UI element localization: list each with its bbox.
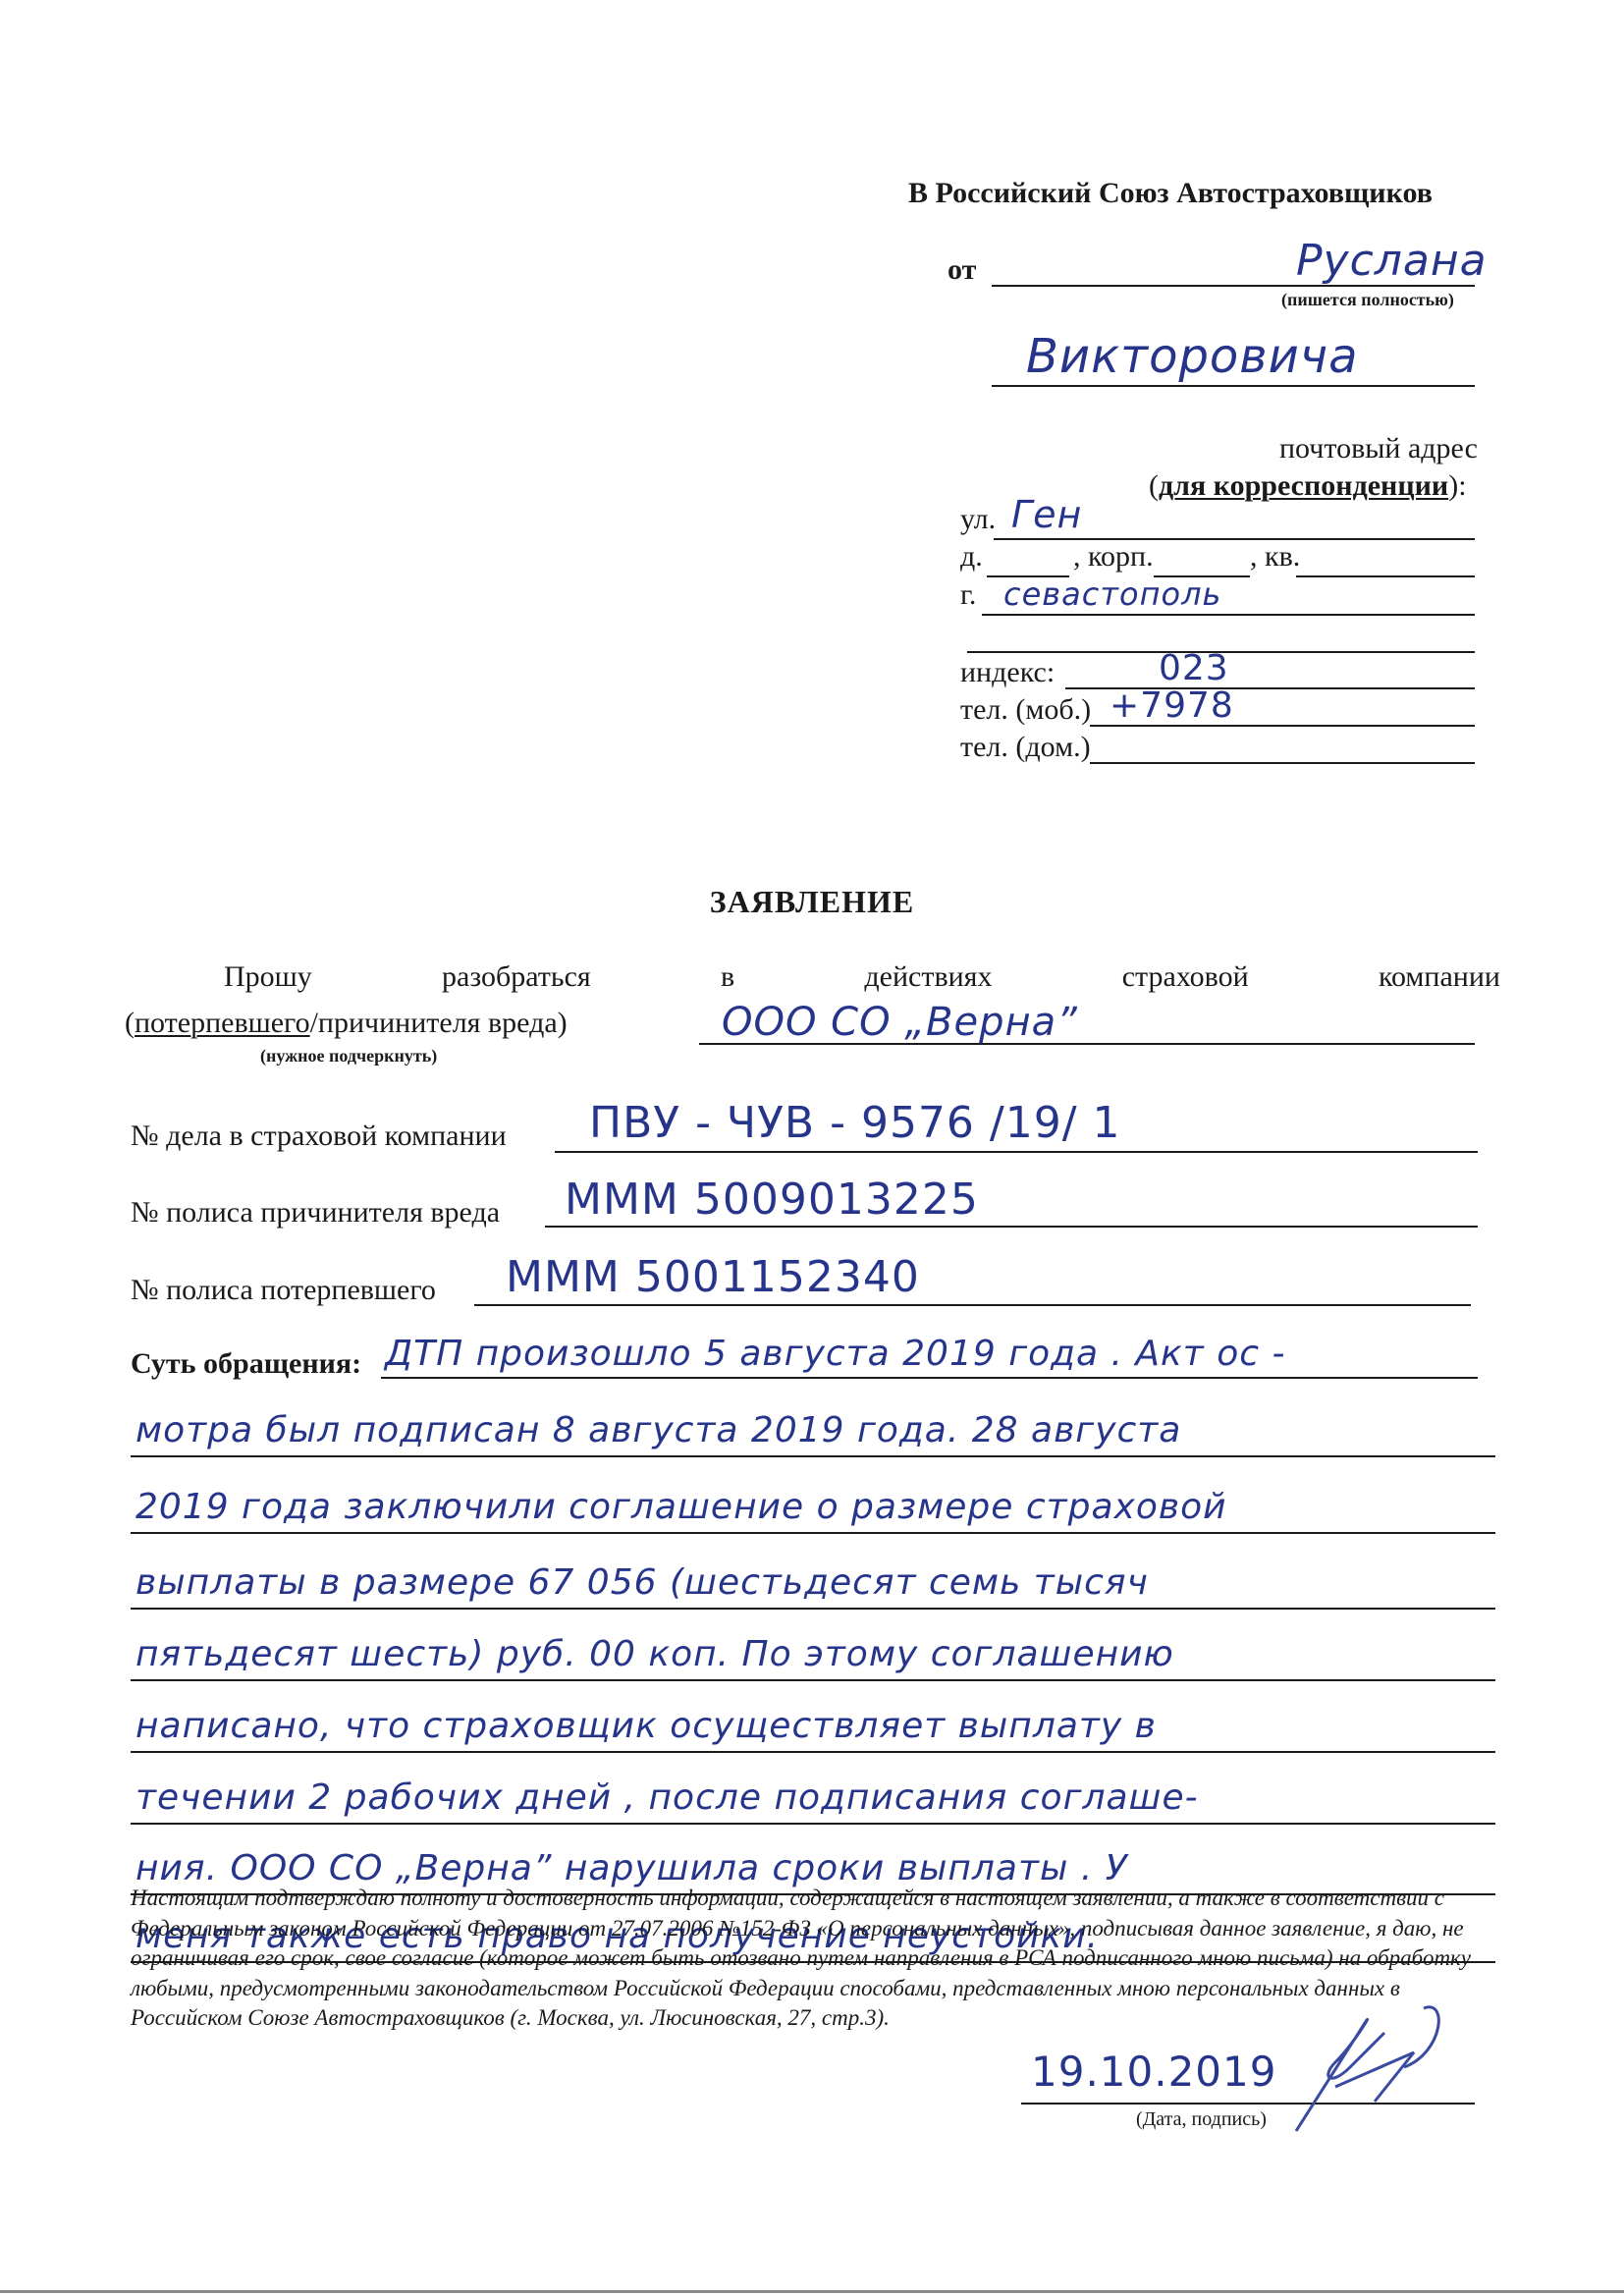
essence-label: Суть обращения:	[131, 1347, 361, 1381]
scan-edge	[0, 2290, 1624, 2293]
victim-option-underlined[interactable]: потерпевшего	[135, 1007, 310, 1039]
offender-policy-line	[545, 1226, 1478, 1228]
index-label: индекс:	[960, 656, 1055, 689]
signature-mark[interactable]	[1276, 1994, 1453, 2141]
from-name-value-2[interactable]: Викторовича	[1026, 329, 1359, 384]
request-sentence: Прошу разобраться в действиях страховой …	[131, 960, 1500, 994]
street-label: ул.	[960, 503, 996, 536]
corp-label: , корп.	[1073, 540, 1154, 574]
essence-line-7	[131, 1823, 1495, 1825]
mobile-phone-label: тел. (моб.)	[960, 693, 1091, 727]
from-name-value-1[interactable]: Руслана	[1296, 236, 1488, 286]
essence-text-line-2[interactable]: мотра был подписан 8 августа 2019 года. …	[135, 1410, 1181, 1450]
postal-address-label: почтовый адрес	[1279, 432, 1478, 465]
essence-text-line-7[interactable]: течении 2 рабочих дней , после подписани…	[135, 1777, 1199, 1818]
essence-text-line-5[interactable]: пятьдесят шесть) руб. 00 коп. По этому с…	[135, 1634, 1174, 1674]
home-phone-label: тел. (дом.)	[960, 731, 1091, 764]
city-line	[982, 614, 1475, 616]
mobile-phone-value[interactable]: +7978	[1110, 685, 1234, 726]
postal-correspondence-label: (для корреспонденции):	[1149, 469, 1467, 503]
case-number-label: № дела в страховой компании	[131, 1120, 507, 1153]
underline-hint: (нужное подчеркнуть)	[260, 1046, 437, 1066]
essence-line-4	[131, 1608, 1495, 1610]
date-value[interactable]: 19.10.2019	[1031, 2048, 1276, 2096]
addressee: В Российский Союз Автостраховщиков	[908, 177, 1433, 210]
city-value[interactable]: севастополь	[1003, 575, 1221, 613]
case-number-line	[555, 1151, 1478, 1153]
essence-text-line-6[interactable]: написано, что страховщик осуществляет вы…	[135, 1706, 1157, 1746]
essence-text-line-3[interactable]: 2019 года заключили соглашение о размере…	[135, 1487, 1227, 1527]
house-label: д.	[960, 540, 983, 574]
party-choice: (потерпевшего/причинителя вреда)	[125, 1007, 568, 1040]
victim-policy-label: № полиса потерпевшего	[131, 1274, 436, 1307]
essence-text-line-4[interactable]: выплаты в размере 67 056 (шестьдесят сем…	[135, 1562, 1149, 1603]
offender-policy-value[interactable]: МММ 5009013225	[565, 1175, 979, 1225]
essence-line-6	[131, 1751, 1495, 1753]
victim-policy-value[interactable]: МММ 5001152340	[506, 1252, 920, 1302]
from-label: от	[947, 253, 976, 287]
city-label: г.	[960, 578, 976, 612]
essence-line-5	[131, 1679, 1495, 1681]
offender-policy-label: № полиса причинителя вреда	[131, 1196, 500, 1230]
apt-line	[1296, 575, 1475, 577]
home-phone-line	[1090, 762, 1475, 764]
date-signature-caption: (Дата, подпись)	[1136, 2108, 1267, 2131]
essence-line-2	[131, 1455, 1495, 1457]
street-line	[994, 538, 1475, 540]
correspondence-underlined: для корреспонденции	[1159, 469, 1448, 502]
company-value[interactable]: ООО СО „Верна”	[722, 1000, 1078, 1045]
essence-line-3	[131, 1532, 1495, 1534]
victim-policy-line	[474, 1304, 1471, 1306]
apt-label: , кв.	[1250, 540, 1300, 574]
essence-text-line-1[interactable]: ДТП произошло 5 августа 2019 года . Акт …	[385, 1334, 1285, 1374]
street-value[interactable]: Ген	[1011, 493, 1082, 536]
from-name-line-2	[992, 385, 1475, 387]
document-title: ЗАЯВЛЕНИЕ	[0, 884, 1624, 920]
from-hint: (пишется полностью)	[1281, 290, 1454, 310]
case-number-value[interactable]: ПВУ - ЧУВ - 9576 /19/ 1	[589, 1098, 1121, 1148]
index-value[interactable]: 023	[1159, 648, 1229, 688]
essence-text-line-8[interactable]: ния. ООО СО „Верна” нарушила сроки выпла…	[135, 1848, 1128, 1888]
essence-line-1	[381, 1377, 1478, 1379]
